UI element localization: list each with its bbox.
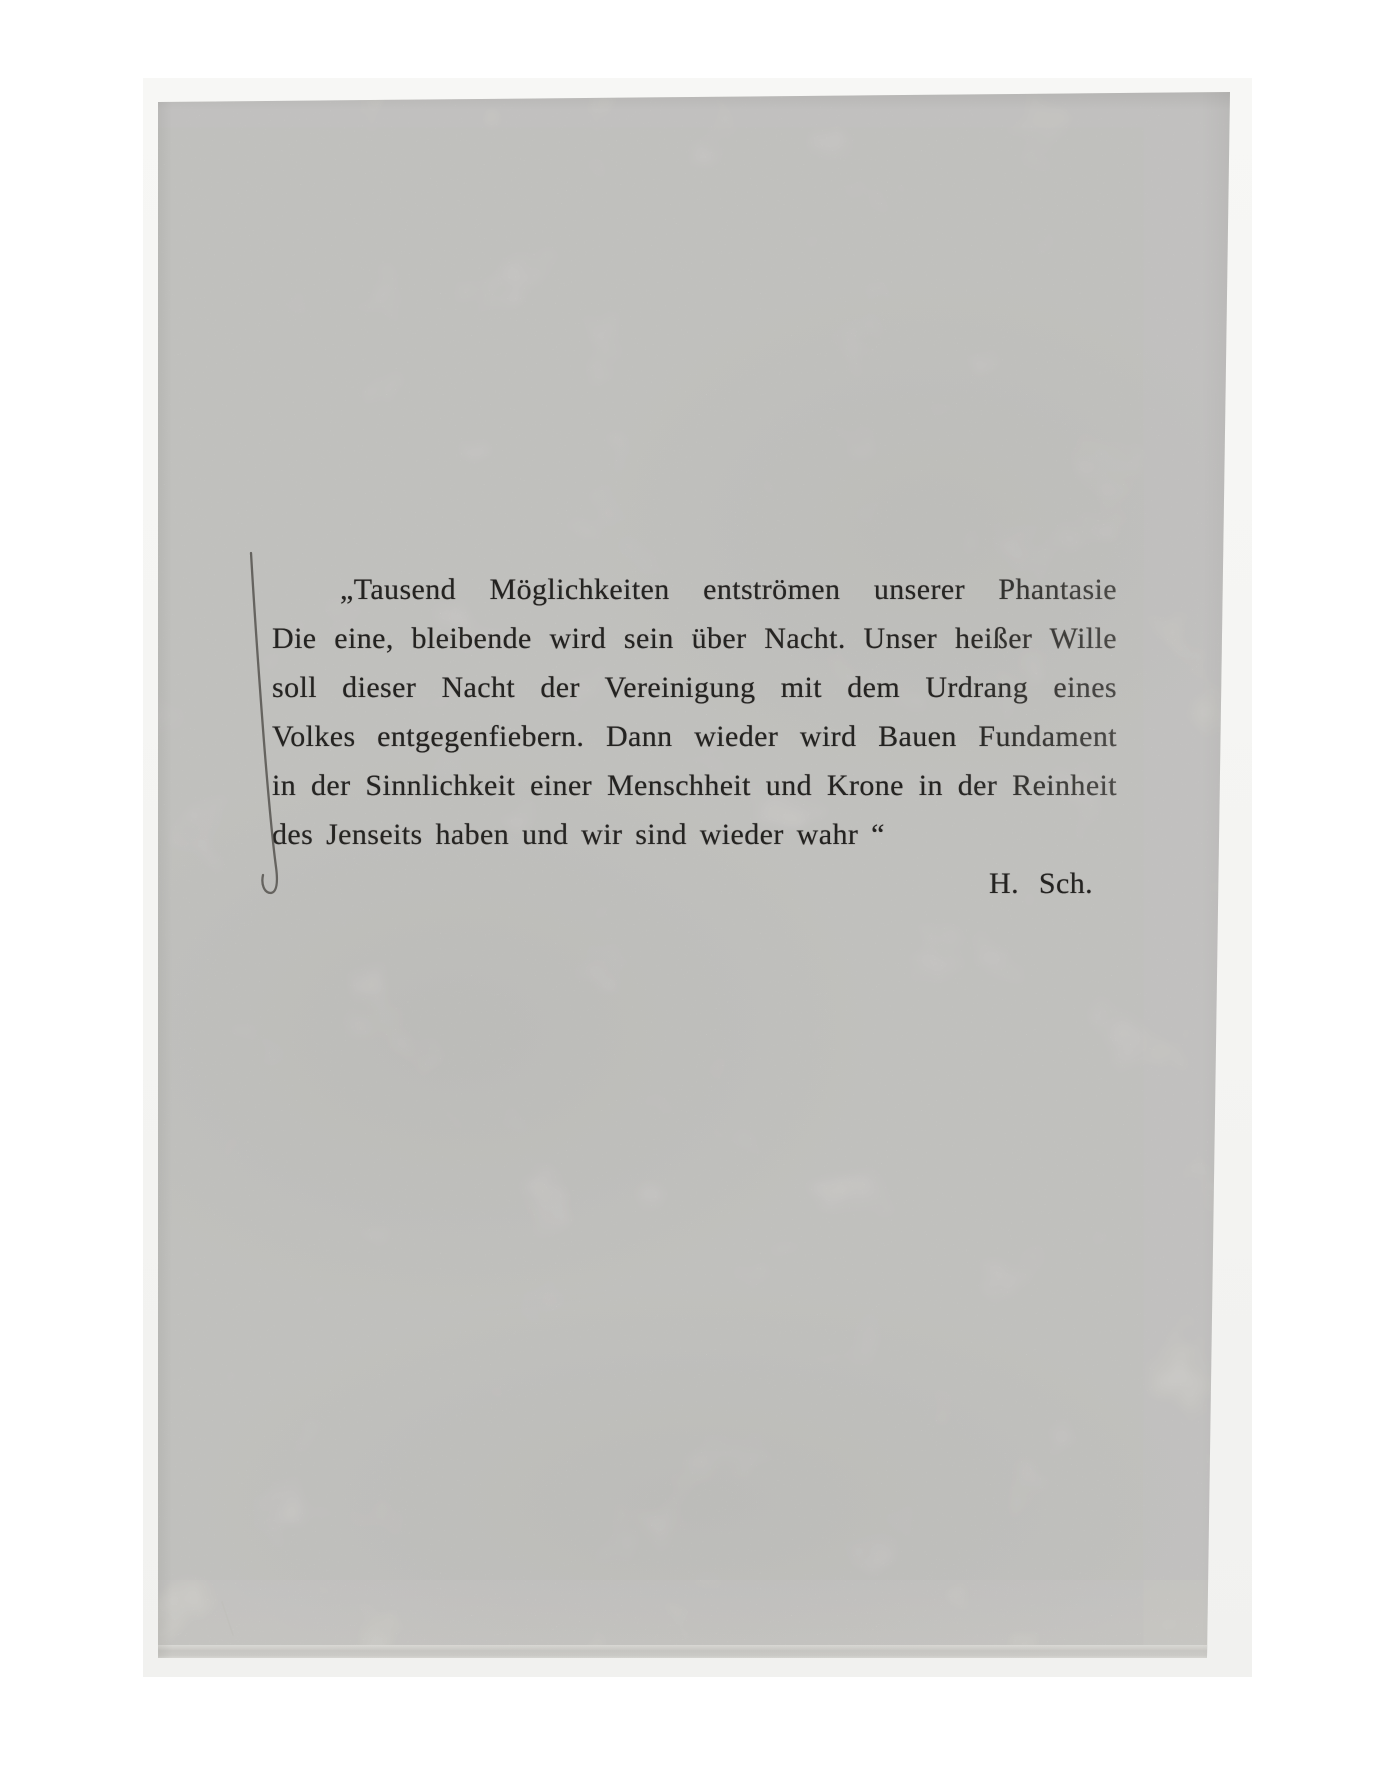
- quote-line-2: Die eine, bleibende wird sein über Nacht…: [272, 614, 1117, 663]
- quote-line-3: soll dieser Nacht der Vereinigung mit de…: [272, 663, 1117, 712]
- page-bottom-strip: [158, 1580, 1230, 1645]
- scan-background: „Tausend Möglichkeiten entströmen unsere…: [0, 0, 1400, 1766]
- quote-line-6: des Jenseits haben und wir sind wieder w…: [272, 810, 1117, 859]
- quote-line-1: „Tausend Möglichkeiten entströmen unsere…: [272, 565, 1117, 614]
- attribution: H. Sch.: [272, 859, 1117, 908]
- page-bottom-edge-shadow: [158, 1645, 1230, 1658]
- photograph-paper: „Tausend Möglichkeiten entströmen unsere…: [143, 78, 1252, 1677]
- quote-block: „Tausend Möglichkeiten entströmen unsere…: [272, 565, 1117, 908]
- scanned-page: „Tausend Möglichkeiten entströmen unsere…: [158, 92, 1230, 1658]
- quote-line-4: Volkes entgegenfiebern. Dann wieder wird…: [272, 712, 1117, 761]
- quote-line-5: in der Sinnlichkeit einer Menschheit und…: [272, 761, 1117, 810]
